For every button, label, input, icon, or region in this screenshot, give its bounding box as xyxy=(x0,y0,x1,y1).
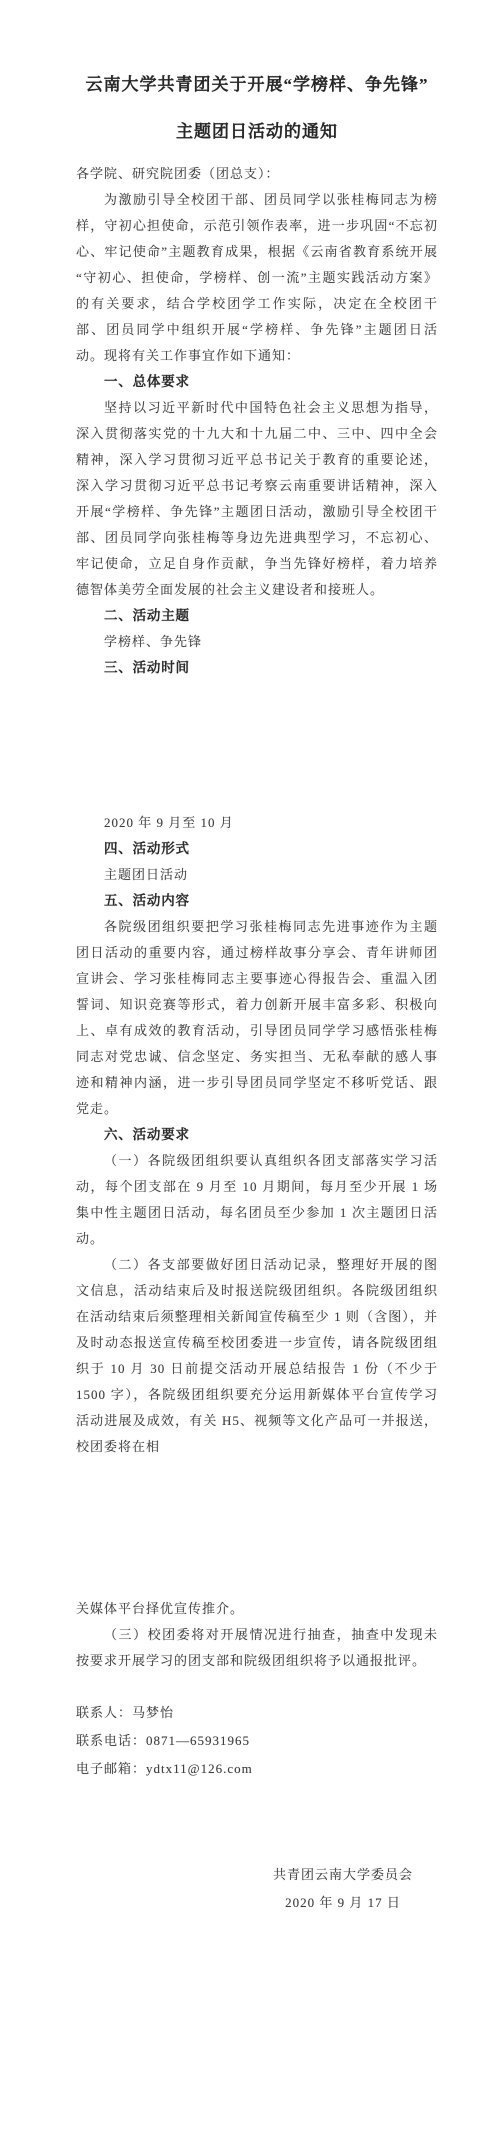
section-heading-1: 一、总体要求 xyxy=(76,369,438,395)
document-page: 云南大学共青团关于开展“学榜样、争先锋” 主题团日活动的通知 各学院、研究院团委… xyxy=(0,0,503,2132)
paragraph-requirement-2-continuation: 关媒体平台择优宣传推介。 xyxy=(76,1596,438,1622)
contact-person: 联系人：马梦怡 xyxy=(76,1699,438,1727)
activity-form-text: 主题团日活动 xyxy=(76,862,438,888)
paragraph-intro: 为激励引导全校团干部、团员同学以张桂梅同志为榜样，守初心担使命，示范引领作表率，… xyxy=(76,187,438,369)
paragraph-general-requirements: 坚持以习近平新时代中国特色社会主义思想为指导，深入贯彻落实党的十九大和十九届二中… xyxy=(76,395,438,603)
signature-block: 共青团云南大学委员会 2020 年 9 月 17 日 xyxy=(273,1861,413,1917)
signature-date: 2020 年 9 月 17 日 xyxy=(273,1889,413,1917)
contact-email: 电子邮箱：ydtx11@126.com xyxy=(76,1755,438,1783)
paragraph-requirement-1: （一）各院级团组织要认真组织各团支部落实学习活动，每个团支部在 9 月至 10 … xyxy=(76,1148,438,1252)
activity-time-text: 2020 年 9 月至 10 月 xyxy=(76,810,438,836)
doc-title-line-1: 云南大学共青团关于开展“学榜样、争先锋” xyxy=(76,70,438,100)
section-heading-3: 三、活动时间 xyxy=(76,655,438,681)
paragraph-requirement-3: （三）校团委将对开展情况进行抽查，抽查中发现未按要求开展学习的团支部和院级团组织… xyxy=(76,1622,438,1674)
activity-theme-text: 学榜样、争先锋 xyxy=(76,629,438,655)
paragraph-requirement-2: （二）各支部要做好团日活动记录，整理好开展的图文信息，活动结束后及时报送院级团组… xyxy=(76,1252,438,1460)
doc-title-line-2: 主题团日活动的通知 xyxy=(76,117,438,147)
contact-phone: 联系电话：0871—65931965 xyxy=(76,1727,438,1755)
section-heading-2: 二、活动主题 xyxy=(76,603,438,629)
section-heading-6: 六、活动要求 xyxy=(76,1122,438,1148)
section-heading-5: 五、活动内容 xyxy=(76,888,438,914)
salutation: 各学院、研究院团委（团总支）： xyxy=(76,161,438,187)
signature-organization: 共青团云南大学委员会 xyxy=(273,1861,413,1889)
contact-block: 联系人：马梦怡 联系电话：0871—65931965 电子邮箱：ydtx11@1… xyxy=(76,1699,438,1783)
paragraph-activity-content: 各院级团组织要把学习张桂梅同志先进事迹作为主题团日活动的重要内容，通过榜样故事分… xyxy=(76,914,438,1122)
section-heading-4: 四、活动形式 xyxy=(76,836,438,862)
